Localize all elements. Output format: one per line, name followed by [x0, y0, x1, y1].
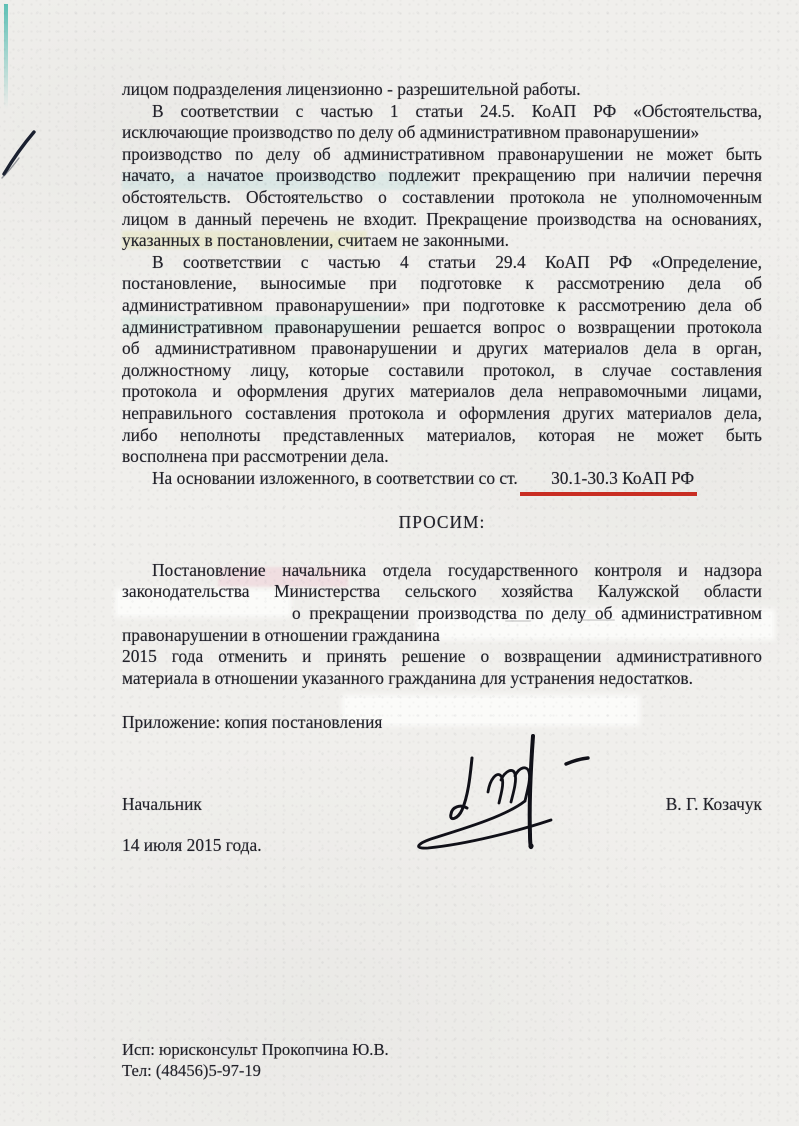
text-line: исключающие производство по делу об адми…	[122, 122, 762, 144]
signer-title: Начальник	[122, 794, 202, 816]
text-line: В соответствии с частью 1 статьи 24.5. К…	[122, 101, 762, 123]
text-line: постановление, выносимые при подготовке …	[122, 273, 762, 295]
signature-handwritten	[396, 730, 591, 852]
article-29-4-paragraph: В соответствии с частью 4 статьи 29.4 Ко…	[122, 252, 762, 468]
scanned-document: { "page": { "background": "#f0efec", "in…	[0, 0, 799, 1126]
text-line: должностному лицу, которые составили про…	[122, 360, 762, 382]
text-line: законодательства Министерства сельского …	[122, 581, 762, 603]
text-line: восполнена при рассмотрении дела.	[122, 446, 762, 468]
text-line: 2015 года отменить и принять решение о в…	[122, 646, 762, 668]
underlined-citation: 30.1-30.3 КоАП РФ	[520, 468, 697, 497]
request-heading: ПРОСИМ:	[122, 512, 762, 534]
text-line: обстоятельств. Обстоятельство о составле…	[122, 187, 762, 209]
pen-slash-mark	[0, 122, 42, 182]
text-line: Постановление начальника отдела государс…	[122, 560, 762, 582]
signer-name: В. Г. Козачук	[666, 794, 762, 816]
text-line: В соответствии с частью 4 статьи 29.4 Ко…	[122, 252, 762, 274]
text-line: материала в отношении указанного граждан…	[122, 668, 762, 690]
text-line: либо неполноты представленных материалов…	[122, 425, 762, 447]
request-paragraph: Постановление начальника отдела государс…	[122, 560, 762, 690]
legal-basis-line: На основании изложенного, в соответствии…	[122, 468, 762, 497]
executor-footer: Исп: юрисконсульт Прокопчина Ю.В. Тел: (…	[122, 1039, 389, 1081]
text-line: неправильного составления протокола и оф…	[122, 403, 762, 425]
scanner-edge-teal-line	[4, 4, 8, 109]
text-line: об административном правонарушении и дру…	[122, 338, 762, 360]
text-line: начато, а начатое производство подлежит …	[122, 165, 762, 187]
basis-text: На основании изложенного, в соответствии…	[152, 468, 522, 488]
text-line: о прекращении производства по делу об ад…	[292, 603, 762, 625]
text-line: административном правонарушении» при под…	[122, 295, 762, 317]
executor-line: Исп: юрисконсульт Прокопчина Ю.В.	[122, 1039, 389, 1060]
text-line: производство по делу об административном…	[122, 144, 762, 166]
text-line: протокола и оформления других материалов…	[122, 381, 762, 403]
text-line: лицом в данный перечень не входит. Прекр…	[122, 209, 762, 231]
text-line: административном правонарушении решается…	[122, 317, 762, 339]
text-line: лицом подразделения лицензионно - разреш…	[122, 79, 762, 101]
text-line: указанных в постановлении, считаем не за…	[122, 230, 762, 252]
intro-paragraph: лицом подразделения лицензионно - разреш…	[122, 79, 762, 252]
text-line: правонарушении в отношении гражданина	[122, 625, 762, 647]
phone-line: Тел: (48456)5-97-19	[122, 1060, 389, 1081]
